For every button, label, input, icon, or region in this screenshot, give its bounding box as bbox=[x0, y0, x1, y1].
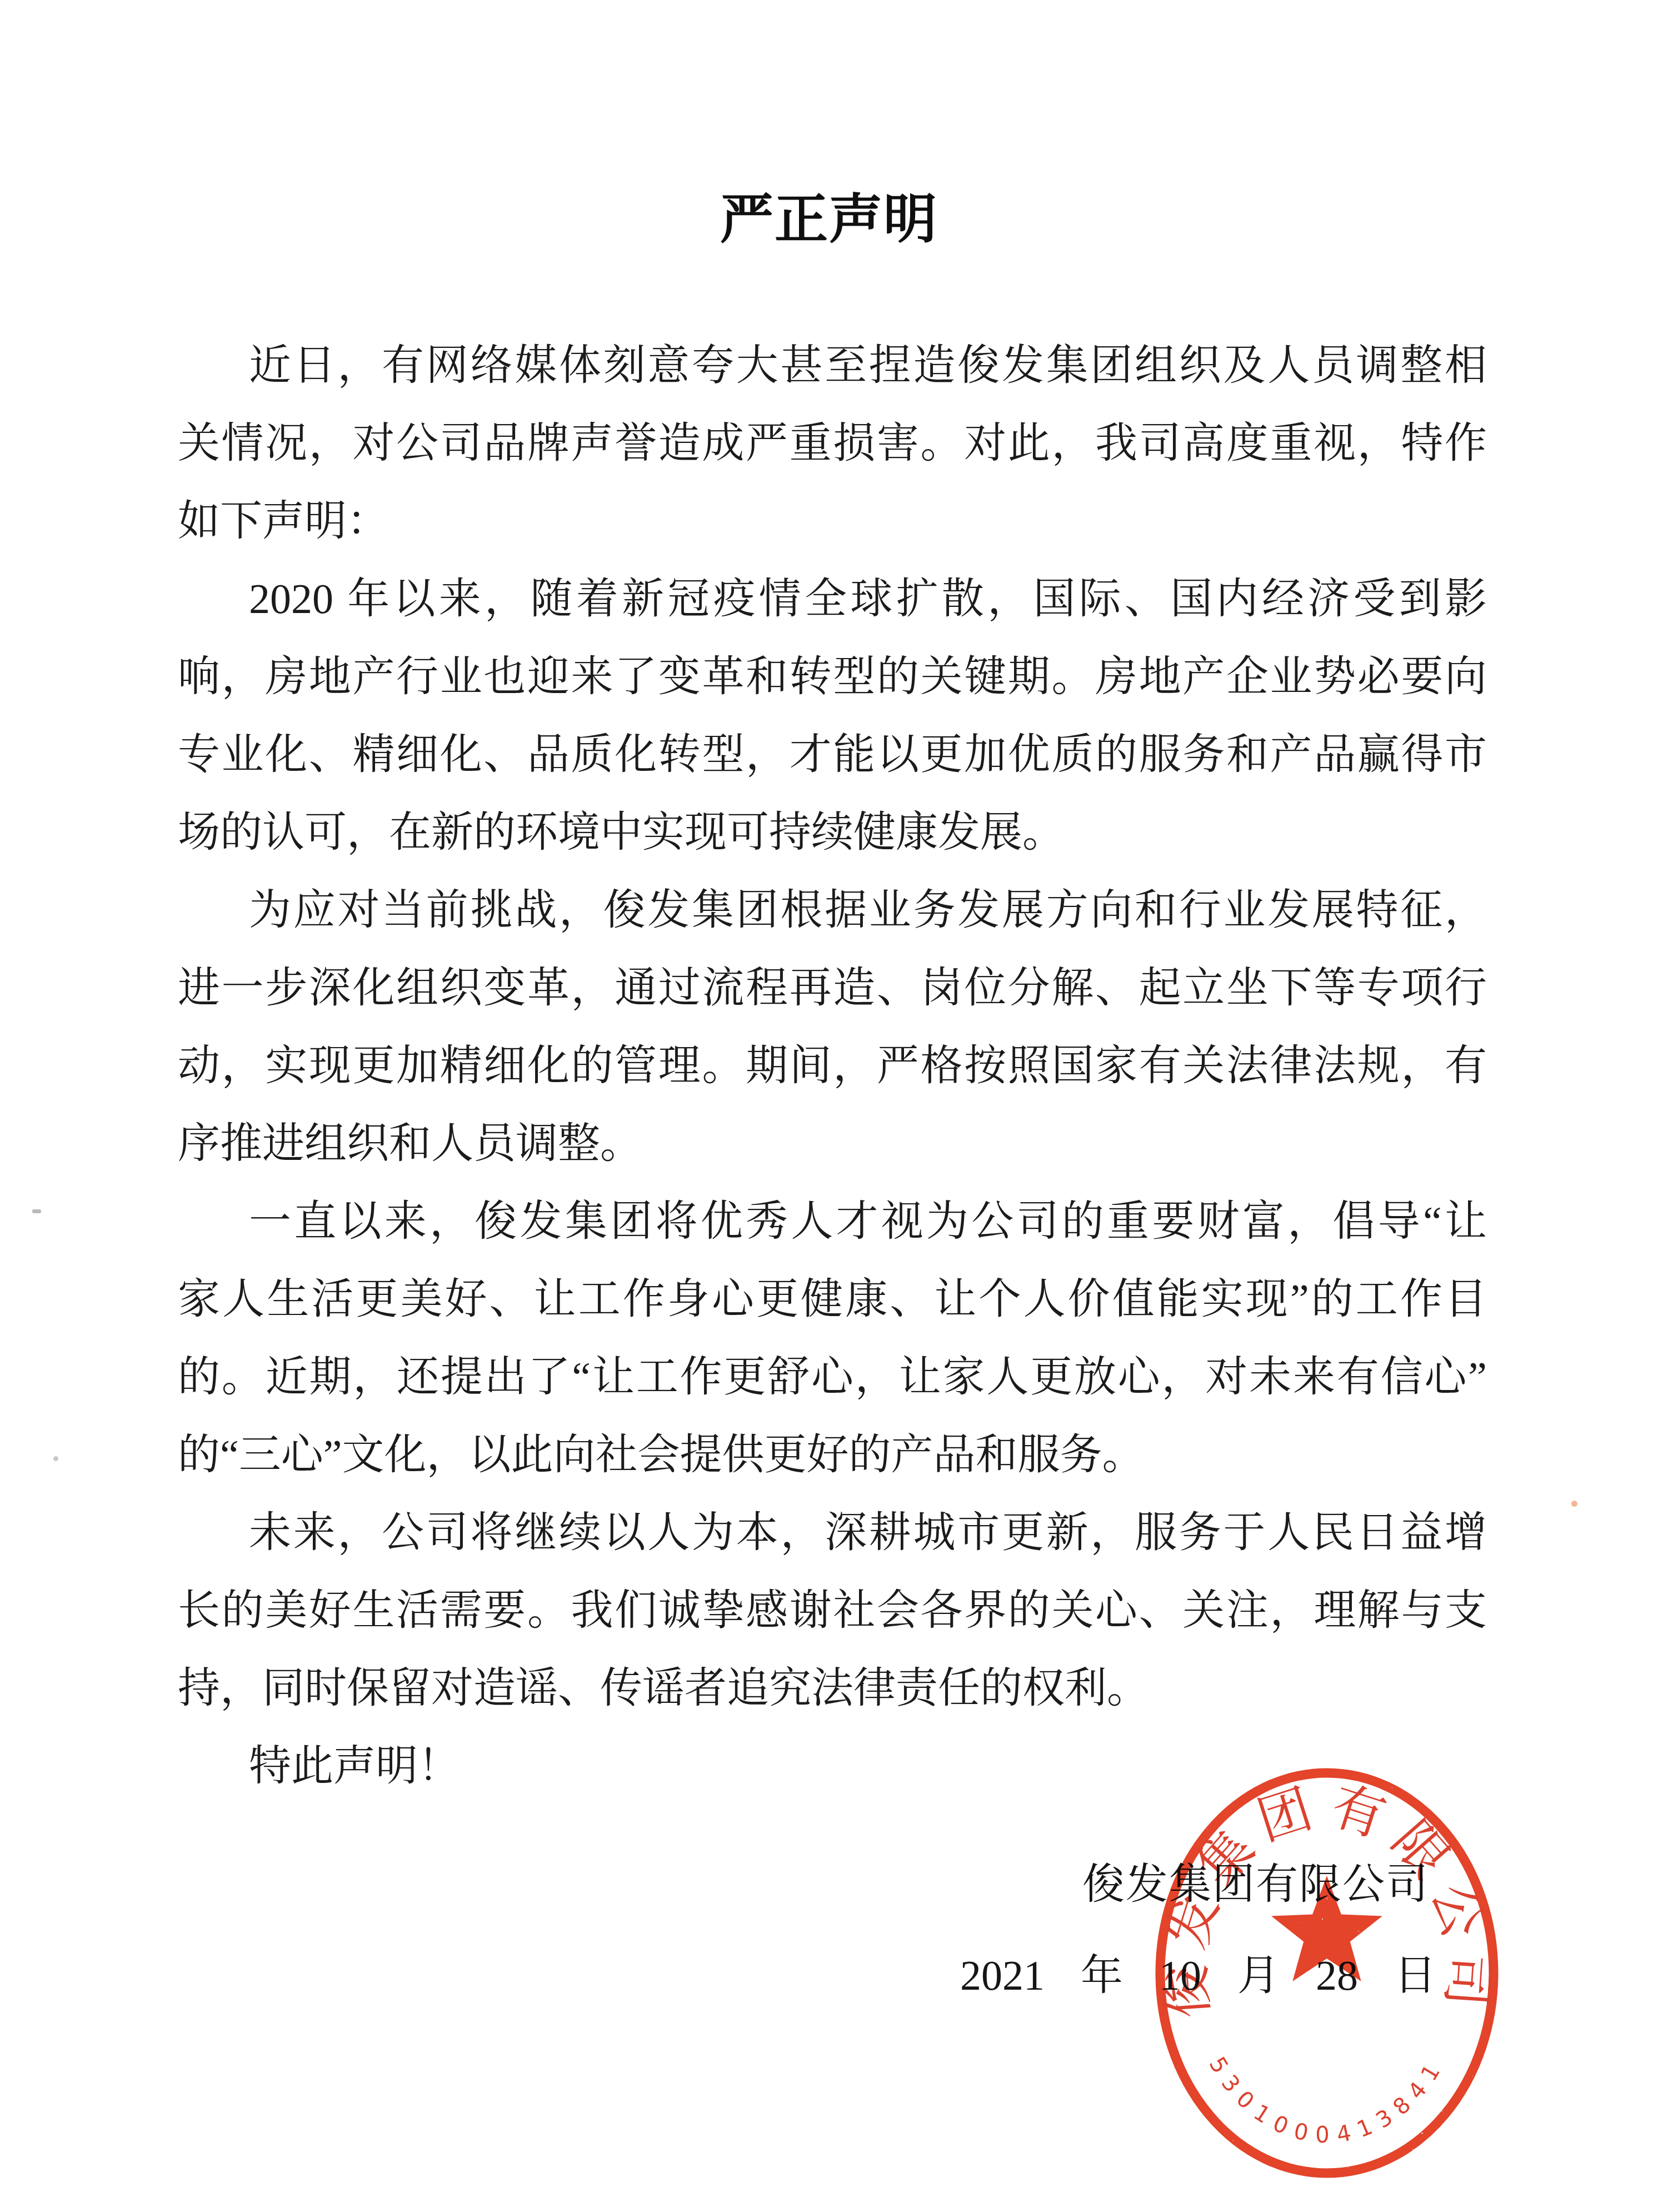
svg-text:5301000413841: 5301000413841 bbox=[1204, 2052, 1450, 2148]
body-line: 动，实现更加精细化的管理。期间，严格按照国家有关法律法规，有 bbox=[178, 1027, 1487, 1105]
body-line: 专业化、精细化、品质化转型，才能以更加优质的服务和产品赢得市 bbox=[178, 716, 1487, 794]
body-line: 2020 年以来，随着新冠疫情全球扩散，国际、国内经济受到影 bbox=[178, 560, 1487, 638]
body-line: 的。近期，还提出了“让工作更舒心，让家人更放心，对未来有信心” bbox=[178, 1338, 1487, 1416]
body-line: 家人生活更美好、让工作身心更健康、让个人价值能实现”的工作目 bbox=[178, 1261, 1487, 1338]
scan-speck bbox=[1571, 1501, 1577, 1507]
body-line: 一直以来，俊发集团将优秀人才视为公司的重要财富，倡导“让 bbox=[178, 1183, 1487, 1261]
body-line: 的“三心”文化，以此向社会提供更好的产品和服务。 bbox=[178, 1416, 1487, 1494]
body-line: 持，同时保留对造谣、传谣者追究法律责任的权利。 bbox=[178, 1650, 1487, 1727]
body-line: 响，房地产行业也迎来了变革和转型的关键期。房地产企业势必要向 bbox=[178, 638, 1487, 716]
body-line: 场的认可，在新的环境中实现可持续健康发展。 bbox=[178, 794, 1487, 871]
page-title: 严正声明 bbox=[0, 183, 1658, 256]
body-line: 未来，公司将继续以人为本，深耕城市更新，服务于人民日益增 bbox=[178, 1494, 1487, 1572]
statement-body: 近日，有网络媒体刻意夸大甚至捏造俊发集团组织及人员调整相 关情况，对公司品牌声誉… bbox=[178, 327, 1487, 1805]
body-line: 序推进组织和人员调整。 bbox=[178, 1105, 1487, 1183]
scan-speck bbox=[53, 1456, 58, 1461]
body-line: 关情况，对公司品牌声誉造成严重损害。对此，我司高度重视，特作 bbox=[178, 405, 1487, 482]
body-line: 如下声明： bbox=[178, 482, 1487, 560]
seal-serial-number: 5301000413841 bbox=[1204, 2052, 1450, 2148]
seal-star-icon bbox=[1271, 1876, 1382, 1981]
body-line: 长的美好生活需要。我们诚挚感谢社会各界的关心、关注，理解与支 bbox=[178, 1572, 1487, 1650]
scan-speck bbox=[32, 1209, 41, 1213]
body-line: 进一步深化组织变革，通过流程再造、岗位分解、起立坐下等专项行 bbox=[178, 949, 1487, 1027]
official-company-seal: 俊发集团有限公司 5301000413841 bbox=[1133, 1751, 1522, 2195]
body-line: 为应对当前挑战，俊发集团根据业务发展方向和行业发展特征， bbox=[178, 871, 1487, 949]
body-line: 近日，有网络媒体刻意夸大甚至捏造俊发集团组织及人员调整相 bbox=[178, 327, 1487, 405]
statement-document-page: 严正声明 近日，有网络媒体刻意夸大甚至捏造俊发集团组织及人员调整相 关情况，对公… bbox=[0, 0, 1658, 2212]
